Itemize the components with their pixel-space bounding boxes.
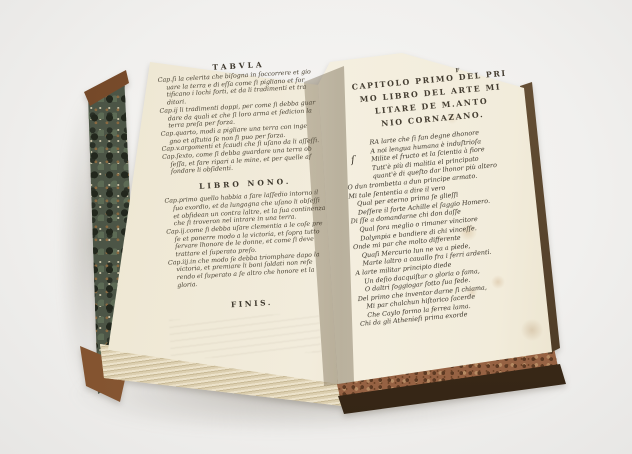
- right-page-text: F CAPITOLO PRIMO DEL PRIMO LIBRO DEL ART…: [338, 66, 542, 330]
- initial-guide-letter: ſ: [351, 157, 355, 166]
- photo-of-open-antique-book: TABVLA Cap.ſi la celerita che biſogna in…: [0, 0, 632, 454]
- table-of-contents-first: Cap.ſi la celerita che biſogna in ſoccor…: [158, 68, 326, 177]
- left-page-text: TABVLA Cap.ſi la celerita che biſogna in…: [157, 57, 334, 312]
- ink-show-through: [169, 312, 321, 360]
- poem-text: ſ RA larte che ſi fan degne dhonoreA noi…: [343, 124, 541, 329]
- table-of-contents-second: Cap.primo quello habbia a fare laſſedio …: [164, 189, 332, 290]
